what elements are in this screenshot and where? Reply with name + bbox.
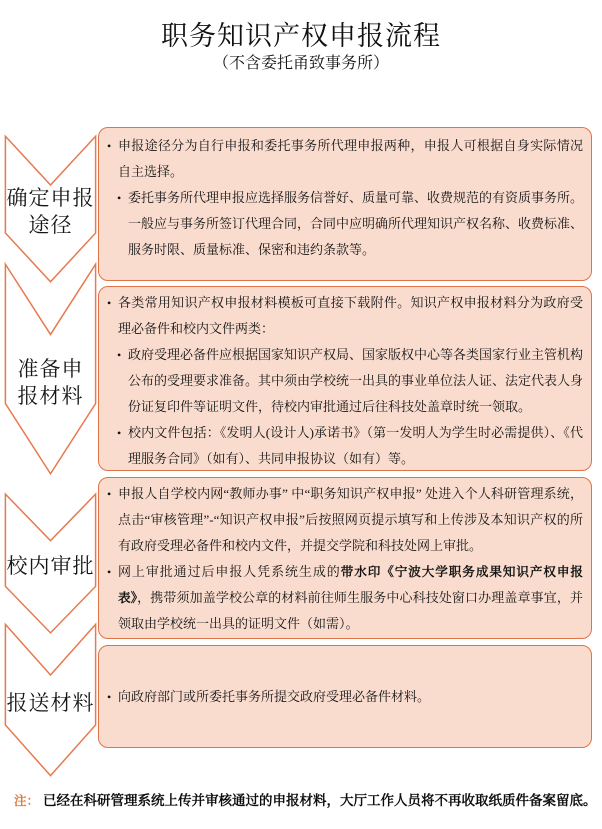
step-label: 确定申报 途径 bbox=[4, 182, 97, 242]
step-chevron-submit-materials: 报送材料 bbox=[4, 622, 97, 778]
bullet-item: •申报途径分为自行申报和委托事务所代理申报两种，申报人可根据自身实际情况自主选择… bbox=[106, 133, 583, 185]
step-label-line: 校内审批 bbox=[7, 553, 95, 580]
note-prefix: 注： bbox=[14, 794, 39, 808]
step-chevron-prepare-materials: 准备申 报材料 bbox=[4, 261, 97, 477]
step-box-submit-materials: •向政府部门或所委托事务所提交政府受理必备件材料。 bbox=[98, 645, 592, 748]
step-box-prepare-materials: •各类常用知识产权申报材料模板可直接下载附件。知识产权申报材料分为政府受理必备件… bbox=[98, 286, 592, 471]
bullet-text: 委托事务所代理申报应选择服务信誉好、质量可靠、收费规范的有资质事务所。一般应与事… bbox=[128, 190, 583, 257]
bullet-text: 向政府部门或所委托事务所提交政府受理必备件材料。 bbox=[118, 689, 430, 704]
bullet-item: •向政府部门或所委托事务所提交政府受理必备件材料。 bbox=[106, 684, 583, 710]
step-label-line: 途径 bbox=[29, 212, 73, 239]
flowchart-page: 职务知识产权申报流程 （不含委托甬致事务所） 确定申报 途径 •申报途径分为自行… bbox=[0, 0, 602, 829]
step-label-line: 报材料 bbox=[18, 383, 84, 410]
bullet-icon: • bbox=[107, 290, 111, 316]
bullet-text: 申报途径分为自行申报和委托事务所代理申报两种，申报人可根据自身实际情况自主选择。 bbox=[118, 138, 583, 179]
bullet-item: •校内文件包括：《发明人(设计人)承诺书》（第一发明人为学生时必需提供）、《代理… bbox=[116, 420, 583, 472]
bullet-text: 各类常用知识产权申报材料模板可直接下载附件。知识产权申报材料分为政府受理必备件和… bbox=[118, 295, 583, 336]
note-text: 已经在科研管理系统上传并审核通过的申报材料，大厅工作人员将不再收取纸质件备案留底… bbox=[43, 793, 597, 808]
step-label-line: 确定申报 bbox=[7, 185, 95, 212]
bullet-icon: • bbox=[117, 185, 121, 211]
step-chevron-campus-approval: 校内审批 bbox=[4, 492, 97, 635]
bullet-item: •政府受理必备件应根据国家知识产权局、国家版权中心等各类国家行业主管机构公布的受… bbox=[116, 342, 583, 420]
bullet-item: •申报人自学校内网“教师办事” 中“职务知识产权申报” 处进入个人科研管理系统，… bbox=[106, 481, 583, 559]
bullet-icon: • bbox=[117, 342, 121, 368]
bullet-icon: • bbox=[117, 420, 121, 446]
bullet-text: 校内文件包括：《发明人(设计人)承诺书》（第一发明人为学生时必需提供）、《代理服… bbox=[128, 425, 583, 466]
bullet-text: 申报人自学校内网“教师办事” 中“职务知识产权申报” 处进入个人科研管理系统，点… bbox=[118, 486, 583, 553]
bullet-text: 网上审批通过后申报人凭系统生成的 bbox=[118, 564, 341, 579]
bullet-item: •网上审批通过后申报人凭系统生成的带水印《宁波大学职务成果知识产权申报表》，携带… bbox=[106, 559, 583, 637]
step-box-campus-approval: •申报人自学校内网“教师办事” 中“职务知识产权申报” 处进入个人科研管理系统，… bbox=[98, 477, 592, 639]
bullet-icon: • bbox=[107, 481, 111, 507]
bullet-item: •委托事务所代理申报应选择服务信誉好、质量可靠、收费规范的有资质事务所。一般应与… bbox=[116, 185, 583, 263]
bullet-text: 政府受理必备件应根据国家知识产权局、国家版权中心等各类国家行业主管机构公布的受理… bbox=[128, 347, 583, 414]
step-label: 准备申 报材料 bbox=[4, 343, 97, 423]
page-subtitle: （不含委托甬致事务所） bbox=[0, 50, 602, 73]
step-label-line: 准备申 bbox=[18, 356, 84, 383]
step-label: 报送材料 bbox=[4, 672, 97, 734]
bullet-icon: • bbox=[107, 133, 111, 159]
bullet-item: •各类常用知识产权申报材料模板可直接下载附件。知识产权申报材料分为政府受理必备件… bbox=[106, 290, 583, 342]
bullet-text: ，携带须加盖学校公章的材料前往师生服务中心科技处窗口办理盖章事宜，并领取由学校统… bbox=[118, 590, 583, 631]
footer-note: 注：已经在科研管理系统上传并审核通过的申报材料，大厅工作人员将不再收取纸质件备案… bbox=[14, 789, 602, 810]
bullet-icon: • bbox=[107, 559, 111, 585]
step-box-determine-route: •申报途径分为自行申报和委托事务所代理申报两种，申报人可根据自身实际情况自主选择… bbox=[98, 127, 592, 281]
page-title: 职务知识产权申报流程 bbox=[0, 14, 602, 53]
step-label-line: 报送材料 bbox=[7, 690, 95, 717]
bullet-icon: • bbox=[107, 684, 111, 710]
step-label: 校内审批 bbox=[4, 538, 97, 595]
